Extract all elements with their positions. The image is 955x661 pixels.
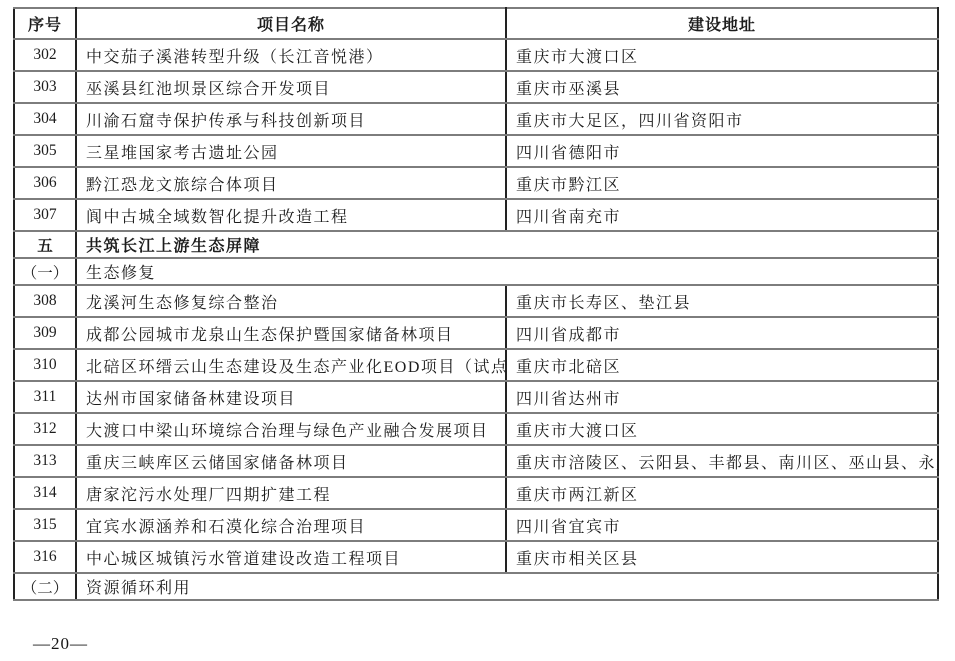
table-row: 304川渝石窟寺保护传承与科技创新项目重庆市大足区，四川省资阳市 — [14, 103, 938, 135]
project-name-cell: 北碚区环缙云山生态建设及生态产业化EOD项目（试点）一期 — [76, 349, 506, 381]
row-number-cell: 303 — [14, 71, 76, 103]
address-cell: 重庆市黔江区 — [506, 167, 938, 199]
section-title-cell: 共筑长江上游生态屏障 — [76, 231, 938, 258]
project-name-cell: 黔江恐龙文旅综合体项目 — [76, 167, 506, 199]
address-cell: 重庆市相关区县 — [506, 541, 938, 573]
column-header-1: 项目名称 — [76, 8, 506, 39]
row-number-cell: 314 — [14, 477, 76, 509]
project-name-cell: 巫溪县红池坝景区综合开发项目 — [76, 71, 506, 103]
table-row: 302中交茄子溪港转型升级（长江音悦港）重庆市大渡口区 — [14, 39, 938, 71]
project-name-cell: 成都公园城市龙泉山生态保护暨国家储备林项目 — [76, 317, 506, 349]
table-row: 303巫溪县红池坝景区综合开发项目重庆市巫溪县 — [14, 71, 938, 103]
project-name-cell: 达州市国家储备林建设项目 — [76, 381, 506, 413]
project-name-cell: 唐家沱污水处理厂四期扩建工程 — [76, 477, 506, 509]
row-number-cell: 312 — [14, 413, 76, 445]
table-row: 312大渡口中梁山环境综合治理与绿色产业融合发展项目重庆市大渡口区 — [14, 413, 938, 445]
row-number-cell: 313 — [14, 445, 76, 477]
table-row: 315宜宾水源涵养和石漠化综合治理项目四川省宜宾市 — [14, 509, 938, 541]
address-cell: 重庆市大渡口区 — [506, 39, 938, 71]
column-header-2: 建设地址 — [506, 8, 938, 39]
header-row: 序号项目名称建设地址 — [14, 8, 938, 39]
section-row: （二）资源循环利用 — [14, 573, 938, 600]
address-cell: 四川省成都市 — [506, 317, 938, 349]
table-row: 313重庆三峡库区云储国家储备林项目重庆市涪陵区、云阳县、丰都县、南川区、巫山县… — [14, 445, 938, 477]
table-row: 310北碚区环缙云山生态建设及生态产业化EOD项目（试点）一期重庆市北碚区 — [14, 349, 938, 381]
address-cell: 四川省宜宾市 — [506, 509, 938, 541]
project-name-cell: 龙溪河生态修复综合整治 — [76, 285, 506, 317]
project-name-cell: 宜宾水源涵养和石漠化综合治理项目 — [76, 509, 506, 541]
address-cell: 重庆市涪陵区、云阳县、丰都县、南川区、巫山县、永川区 — [506, 445, 938, 477]
address-cell: 四川省德阳市 — [506, 135, 938, 167]
address-cell: 重庆市两江新区 — [506, 477, 938, 509]
project-name-cell: 川渝石窟寺保护传承与科技创新项目 — [76, 103, 506, 135]
table-body: 302中交茄子溪港转型升级（长江音悦港）重庆市大渡口区303巫溪县红池坝景区综合… — [14, 39, 938, 600]
row-number-cell: （一） — [14, 258, 76, 285]
section-row: 五共筑长江上游生态屏障 — [14, 231, 938, 258]
table-row: 316中心城区城镇污水管道建设改造工程项目重庆市相关区县 — [14, 541, 938, 573]
page-number: —20— — [33, 634, 88, 654]
row-number-cell: 304 — [14, 103, 76, 135]
table-row: 306黔江恐龙文旅综合体项目重庆市黔江区 — [14, 167, 938, 199]
section-row: （一）生态修复 — [14, 258, 938, 285]
row-number-cell: 316 — [14, 541, 76, 573]
row-number-cell: 305 — [14, 135, 76, 167]
address-cell: 重庆市长寿区、垫江县 — [506, 285, 938, 317]
row-number-cell: 311 — [14, 381, 76, 413]
table-row: 309成都公园城市龙泉山生态保护暨国家储备林项目四川省成都市 — [14, 317, 938, 349]
row-number-cell: 307 — [14, 199, 76, 231]
row-number-cell: 308 — [14, 285, 76, 317]
address-cell: 重庆市巫溪县 — [506, 71, 938, 103]
project-name-cell: 中交茄子溪港转型升级（长江音悦港） — [76, 39, 506, 71]
address-cell: 重庆市大渡口区 — [506, 413, 938, 445]
table-row: 305三星堆国家考古遗址公园四川省德阳市 — [14, 135, 938, 167]
table-row: 307阆中古城全域数智化提升改造工程四川省南充市 — [14, 199, 938, 231]
section-title-cell: 资源循环利用 — [76, 573, 938, 600]
project-name-cell: 重庆三峡库区云储国家储备林项目 — [76, 445, 506, 477]
project-name-cell: 阆中古城全域数智化提升改造工程 — [76, 199, 506, 231]
row-number-cell: 309 — [14, 317, 76, 349]
row-number-cell: 310 — [14, 349, 76, 381]
table-header-row: 序号项目名称建设地址 — [14, 8, 938, 39]
project-name-cell: 中心城区城镇污水管道建设改造工程项目 — [76, 541, 506, 573]
row-number-cell: 306 — [14, 167, 76, 199]
table-row: 314唐家沱污水处理厂四期扩建工程重庆市两江新区 — [14, 477, 938, 509]
row-number-cell: 五 — [14, 231, 76, 258]
address-cell: 四川省南充市 — [506, 199, 938, 231]
row-number-cell: （二） — [14, 573, 76, 600]
address-cell: 重庆市北碚区 — [506, 349, 938, 381]
section-title-cell: 生态修复 — [76, 258, 938, 285]
project-name-cell: 三星堆国家考古遗址公园 — [76, 135, 506, 167]
address-cell: 四川省达州市 — [506, 381, 938, 413]
project-name-cell: 大渡口中梁山环境综合治理与绿色产业融合发展项目 — [76, 413, 506, 445]
row-number-cell: 315 — [14, 509, 76, 541]
row-number-cell: 302 — [14, 39, 76, 71]
project-table: 序号项目名称建设地址 302中交茄子溪港转型升级（长江音悦港）重庆市大渡口区30… — [13, 7, 939, 601]
column-header-0: 序号 — [14, 8, 76, 39]
address-cell: 重庆市大足区，四川省资阳市 — [506, 103, 938, 135]
table-row: 311达州市国家储备林建设项目四川省达州市 — [14, 381, 938, 413]
table-row: 308龙溪河生态修复综合整治重庆市长寿区、垫江县 — [14, 285, 938, 317]
